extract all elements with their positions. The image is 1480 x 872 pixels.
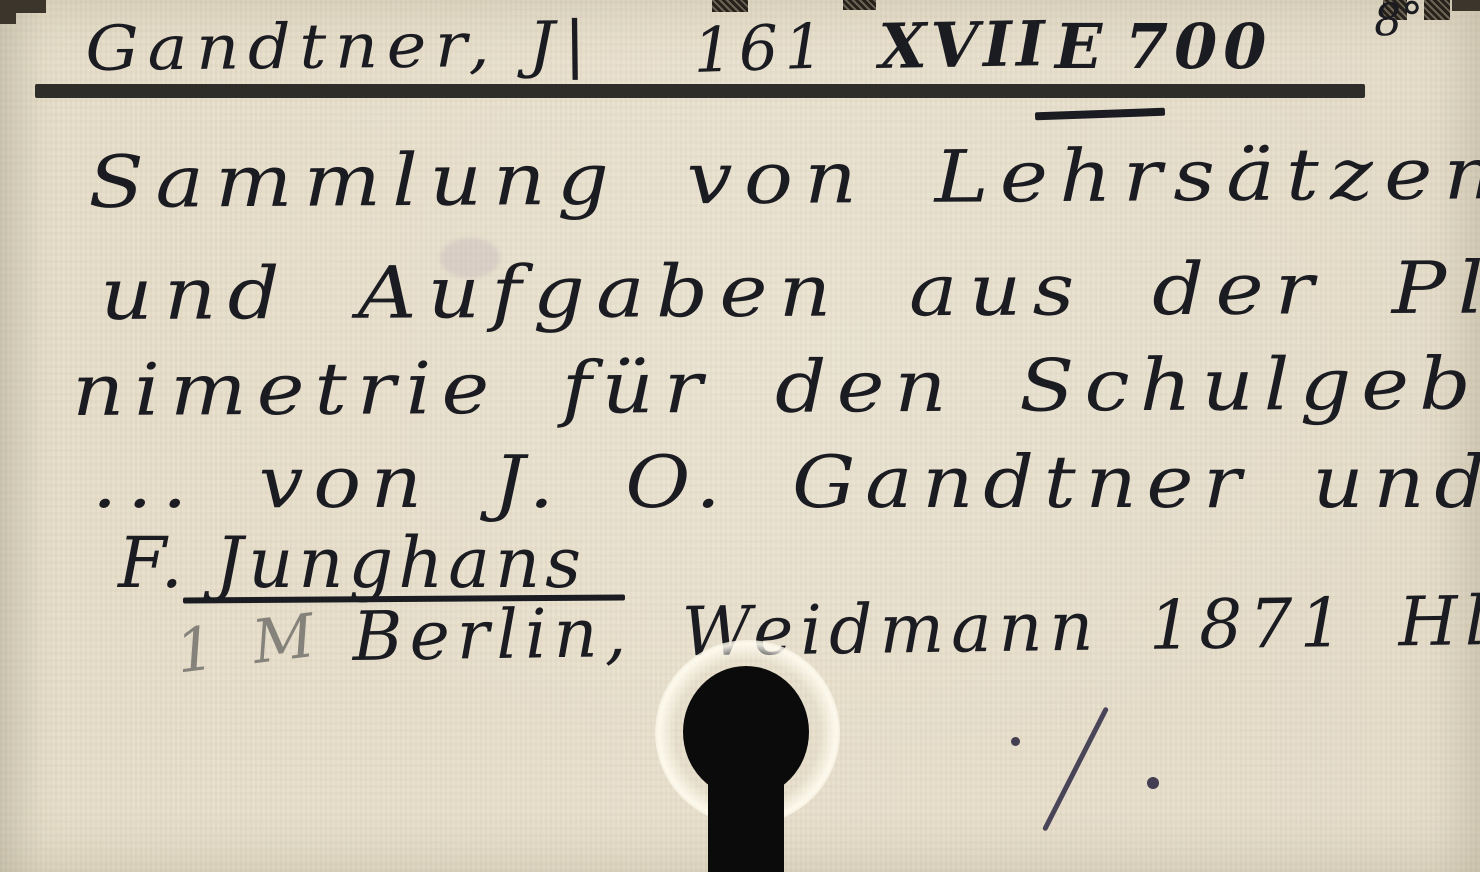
heading-running-number: 161 xyxy=(692,9,831,87)
t-crossbar-stroke xyxy=(1035,108,1165,121)
imprint-line: Berlin, Weidmann 1871 Hlw. xyxy=(352,581,1480,677)
scan-artifact-top-right xyxy=(1452,0,1480,11)
bottom-check-mark xyxy=(995,685,1195,845)
title-line-3: nimetrie für den Schulgebrauch xyxy=(72,340,1480,432)
price-pencil-note: 1 M xyxy=(172,600,328,688)
heading-shelfmark-roman: XVII xyxy=(878,7,1049,83)
statement-of-responsibility: ... von J. O. Gandtner und R. xyxy=(92,440,1480,524)
heading-format: 8° xyxy=(1372,0,1425,47)
scan-artifact-hatch-2 xyxy=(843,0,876,10)
hole-punch-stem xyxy=(708,775,784,872)
heading-shelfmark-letter: E xyxy=(1055,10,1106,83)
check-mark-dot-right xyxy=(1147,777,1159,789)
scan-artifact-top-left-2 xyxy=(0,0,16,24)
catalog-card: Gandtner, J| 161 XVII E 700 8° Sammlung … xyxy=(0,0,1480,872)
heading-author: Gandtner, J| xyxy=(85,7,595,85)
head-rule xyxy=(35,84,1365,98)
check-mark-dot-left xyxy=(1011,737,1020,746)
title-line-2: und Aufgaben aus der Pla- xyxy=(100,245,1480,336)
check-mark-slash xyxy=(1042,706,1109,831)
scan-artifact-hatch-1 xyxy=(712,0,748,12)
title-line-1: Sammlung von Lehrsätzen xyxy=(88,131,1480,224)
author-line-junghans: F. Junghans xyxy=(118,522,586,604)
heading-shelfmark-number: 700 xyxy=(1125,10,1272,83)
scan-artifact-hatch-4 xyxy=(1424,0,1450,20)
